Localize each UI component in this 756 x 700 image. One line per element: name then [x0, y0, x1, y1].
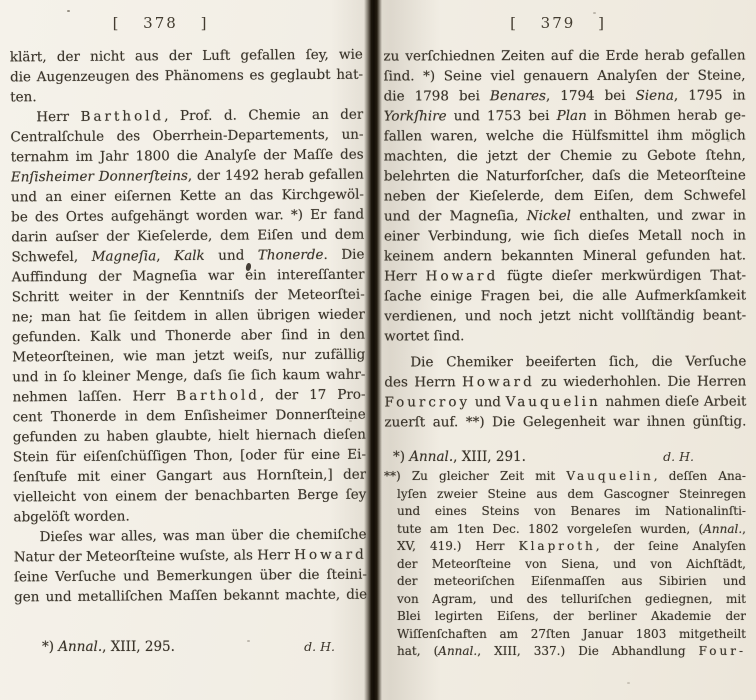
text-segment: ternahm im Jahr 1800 die Analyſe der Maſ… [11, 147, 364, 166]
text-segment: Annal. [438, 644, 477, 658]
text-segment: ſind. *) Seine viel genauern Analyſen de… [384, 68, 746, 85]
text-segment: zu wiederhohlen. Die Herren [535, 374, 747, 391]
text-line: neben der Kieſelerde, dem Eiſen, dem Sch… [384, 186, 746, 207]
text-segment: machten, die jetzt der Chemie zu Gebote … [384, 148, 746, 165]
text-line: ſeine Verſuche und Bemerkungen über die … [14, 565, 367, 588]
text-line: von Agram, und des telluriſchen gediegne… [384, 591, 746, 609]
text-line: ſache einige Fragen bei, die alle Aufmer… [384, 286, 746, 307]
text-segment: darin auſser der Kieſelerde, dem Eiſen u… [11, 227, 364, 246]
text-segment: Kalk [174, 248, 205, 264]
footnote-annal-295: *) Annal., XIII, 295. [42, 637, 175, 657]
text-line: und an einer eiſernen Kette an das Kirch… [11, 185, 364, 208]
text-segment: des Herrn [384, 374, 462, 390]
text-segment: zuerſt auf. **) Die Gelegenheit war ihne… [384, 414, 746, 431]
text-segment: und an einer eiſernen Kette an das Kirch… [11, 187, 364, 206]
text-segment: **) Zu gleicher Zeit mit [384, 469, 566, 483]
text-segment: Annal. [703, 522, 742, 536]
text-segment: hat, ( [397, 644, 438, 658]
text-segment: Annal. [409, 449, 453, 465]
text-segment: , 1795 in [674, 88, 746, 104]
text-line: Die Chemiker beeiferten ſich, die Verſuc… [384, 352, 746, 373]
page-378-footnote-row: *) Annal., XIII, 295. d. H. [12, 637, 365, 657]
text-segment: die 1798 bei [384, 88, 490, 104]
text-segment: *) [393, 449, 409, 465]
text-segment: Barthold [80, 108, 164, 125]
text-segment: fallen waren, welche die Hülfsmittel ihm… [384, 128, 746, 145]
text-segment: Howard [462, 374, 535, 390]
text-line: darin auſser der Kieſelerde, dem Eiſen u… [11, 225, 364, 248]
text-segment: ſache einige Fragen bei, die alle Aufmer… [384, 288, 746, 305]
text-line: cent Thonerde in dem Enſisheimer Donnerſ… [13, 405, 366, 428]
text-line: klärt, der nicht aus der Luft gefallen ſ… [10, 45, 363, 68]
text-segment: enthalten, und zwar in [571, 208, 746, 224]
text-segment: nahmen dieſe Arbeit [601, 394, 747, 410]
page-number-378: [ 378 ] [0, 12, 365, 34]
text-line: ſenſtufe mit einer Gangart aus Hornſtein… [13, 465, 366, 488]
text-segment: und 1753 bei [447, 108, 557, 124]
text-segment: neben der Kieſelerde, dem Eiſen, dem Sch… [384, 188, 746, 205]
text-segment: Die Chemiker beeiferten ſich, die Verſuc… [410, 354, 746, 371]
text-line: gen und metalliſchen Maſſen bekannt mach… [14, 585, 367, 608]
text-segment: , der 17 Pro- [260, 387, 366, 404]
text-line: Meteorſteinen, wie man jetzt weiſs, nur … [12, 345, 365, 368]
text-segment: , 1794 bei [546, 88, 636, 104]
text-segment: Nickel [527, 208, 571, 224]
text-segment: , der ſeine Analyſen [596, 539, 746, 553]
text-line: und eines Steins von Benares im National… [384, 503, 746, 521]
text-segment: ſeine Verſuche und Bemerkungen über die … [14, 567, 367, 586]
author-initials: d. H. [304, 638, 335, 656]
text-segment: vielleicht von einem der benachbarten Be… [13, 487, 366, 506]
scanned-book-spread: [ 378 ] klärt, der nicht aus der Luft ge… [0, 0, 756, 700]
text-segment: *) [42, 639, 58, 655]
text-segment: zu verſchiednen Zeiten auf die Erde hera… [384, 48, 746, 65]
text-segment: Howard [294, 547, 367, 564]
text-line: be des Ortes aufgehängt worden war. *) E… [11, 205, 364, 228]
text-line: zu verſchiednen Zeiten auf die Erde hera… [383, 46, 745, 67]
text-segment: die Augenzeugen des Phänomens es geglaub… [10, 67, 363, 86]
text-line: Natur der Meteorſteine wuſste, als Herr … [14, 545, 367, 568]
text-segment: einer Verbindung, wie ſich dieſes Metall… [384, 228, 746, 245]
text-line: die Augenzeugen des Phänomens es geglaub… [10, 65, 363, 88]
text-segment: Enſisheimer Donnerſteins [11, 168, 188, 185]
text-segment: belehrten die Naturforſcher, daſs die Me… [384, 168, 746, 185]
text-segment: Benares [490, 88, 546, 104]
footnote-annal-291: *) Annal., XIII, 291. [393, 447, 526, 467]
text-line: und der Magneſia, Nickel enthalten, und … [384, 206, 746, 227]
text-segment: Centralſchule des Oberrhein-Departements… [10, 127, 363, 146]
text-line: verdienen, und noch jetzt nicht vollſtän… [384, 306, 746, 327]
text-line: Herr Howard fügte dieſer merkwürdigen Th… [384, 266, 746, 287]
text-segment: Wiſſenſchaften am 27ſten Januar 1803 mit… [397, 627, 746, 641]
text-line: belehrten die Naturforſcher, daſs die Me… [384, 166, 746, 187]
text-segment: , XIII, 295. [102, 639, 175, 655]
text-segment: , [156, 248, 174, 264]
text-line: ternahm im Jahr 1800 die Analyſe der Maſ… [11, 145, 364, 168]
text-line: Dieſes war alles, was man über die chemi… [14, 525, 367, 548]
text-line: vielleicht von einem der benachbarten Be… [13, 485, 366, 508]
text-segment: . Die [323, 247, 364, 263]
text-segment: abgelöſt worden. [13, 508, 129, 525]
text-segment: Blei legirten Eiſens, der berliner Akade… [397, 609, 746, 623]
text-segment: Herr [36, 109, 80, 125]
text-segment: gefunden zu haben glaubte, hielt hiernac… [13, 427, 366, 446]
text-segment: Vauquelin [506, 394, 601, 410]
footnote-vauquelin-klaproth: **) Zu gleicher Zeit mit Vauquelin, deſſ… [384, 468, 746, 661]
text-segment: und [205, 247, 258, 263]
text-segment: ne; man hat ſie ſeitdem in allen übrigen… [12, 307, 365, 326]
text-segment: Magneſia [92, 248, 157, 265]
page-378-text-body: klärt, der nicht aus der Luft gefallen ſ… [10, 45, 367, 608]
text-segment: Auffindung der Magneſia war ein intereſſ… [12, 267, 365, 286]
page-379: [ 379 ] zu verſchiednen Zeiten auf die E… [384, 0, 746, 661]
text-segment: Klaproth [519, 539, 596, 553]
text-segment: der Meteorſteine von Siena, und von Aich… [397, 557, 746, 571]
text-segment: tute am 1ten Dec. 1802 vorgeleſen wurden… [397, 522, 703, 536]
text-line: der meteoriſchen Eiſenmaſſen aus Sibirie… [384, 573, 746, 591]
text-segment: und eines Steins von Benares im National… [397, 504, 746, 518]
text-segment: nehmen laſſen. Herr [12, 388, 176, 405]
text-segment: , Prof. d. Chemie an der [164, 107, 363, 125]
text-line: Fourcroy und Vauquelin nahmen dieſe Arbe… [384, 392, 746, 413]
text-segment: , XIII, 291. [453, 449, 526, 465]
text-line: einer Verbindung, wie ſich dieſes Metall… [384, 226, 746, 247]
text-segment: Dieſes war alles, was man über die chemi… [40, 527, 367, 546]
text-line: *) Annal., XIII, 291. [393, 447, 526, 467]
page-number-379: [ 379 ] [370, 12, 746, 34]
text-segment: verdienen, und noch jetzt nicht vollſtän… [384, 308, 746, 325]
text-line: Auffindung der Magneſia war ein intereſſ… [12, 265, 365, 288]
text-segment: der meteoriſchen Eiſenmaſſen aus Sibirie… [397, 574, 746, 588]
text-line: abgelöſt worden. [13, 505, 366, 528]
text-segment: und [470, 394, 506, 410]
text-segment: Schritt weiter in der Kenntniſs der Mete… [12, 287, 365, 306]
text-line: Centralſchule des Oberrhein-Departements… [10, 125, 363, 148]
text-line: der Meteorſteine von Siena, und von Aich… [384, 556, 746, 574]
text-segment: ſenſtufe mit einer Gangart aus Hornſtein… [13, 467, 366, 486]
text-segment: Yorkſhire [384, 108, 447, 124]
text-line: machten, die jetzt der Chemie zu Gebote … [384, 146, 746, 167]
text-line: XV, 419.) Herr Klaproth, der ſeine Analy… [384, 538, 746, 556]
text-segment: , der 1492 herab gefallen [188, 167, 364, 184]
text-segment: Annal. [58, 639, 102, 655]
text-line: ten. [10, 85, 363, 108]
text-segment: Howard [426, 268, 499, 284]
author-initials: d. H. [663, 448, 694, 466]
text-segment: , [742, 522, 746, 536]
text-line: lyſen zweier Steine aus dem Gascogner St… [384, 486, 746, 504]
text-segment: und in ſo kleiner Menge, daſs ſie ſich k… [12, 367, 365, 386]
text-line: nehmen laſſen. Herr Barthold, der 17 Pro… [12, 385, 365, 408]
text-segment: wortet ſind. [384, 328, 464, 344]
text-line: und in ſo kleiner Menge, daſs ſie ſich k… [12, 365, 365, 388]
text-line: die 1798 bei Benares, 1794 bei Siena, 17… [384, 86, 746, 107]
text-segment: , deſſen Ana- [654, 469, 746, 483]
text-segment: Four- [699, 644, 746, 658]
text-segment: Thonerde [258, 247, 324, 264]
text-segment: gen und metalliſchen Maſſen bekannt mach… [14, 587, 367, 606]
text-segment: gefunden. Kalk und Thonerde aber ſind in… [12, 327, 365, 346]
text-line: ſind. *) Seine viel genauern Analyſen de… [384, 66, 746, 87]
text-segment: Fourcroy [384, 394, 470, 410]
text-line: des Herrn Howard zu wiederhohlen. Die He… [384, 372, 746, 393]
text-line: wortet ſind. [384, 326, 746, 347]
text-line: Herr Barthold, Prof. d. Chemie an der [10, 105, 363, 128]
text-segment: in Böhmen herab ge- [587, 108, 746, 124]
text-segment: Vauquelin [566, 469, 653, 483]
text-line: hat, (Annal., XIII, 337.) Die Abhandlung… [384, 643, 746, 661]
text-line: ne; man hat ſie ſeitdem in allen übrigen… [12, 305, 365, 328]
text-segment: keinem andern bekannten Mineral gefunden… [384, 248, 746, 265]
text-line: fallen waren, welche die Hülfsmittel ihm… [384, 126, 746, 147]
text-segment: klärt, der nicht aus der Luft gefallen ſ… [10, 47, 363, 66]
text-segment: Meteorſteinen, wie man jetzt weiſs, nur … [12, 347, 365, 366]
text-segment: Stein für eiſenſchüſſigen Thon, [oder fü… [13, 447, 366, 466]
text-line: Blei legirten Eiſens, der berliner Akade… [384, 608, 746, 626]
text-segment: ten. [10, 89, 37, 105]
text-segment: Schwefel, [11, 249, 91, 266]
text-line: **) Zu gleicher Zeit mit Vauquelin, deſſ… [384, 468, 746, 486]
text-line: *) Annal., XIII, 295. [42, 637, 175, 657]
text-line: Schwefel, Magneſia, Kalk und Thonerde. D… [11, 245, 364, 268]
text-segment: cent Thonerde in dem Enſisheimer Donnerſ… [13, 407, 366, 426]
text-line: gefunden. Kalk und Thonerde aber ſind in… [12, 325, 365, 348]
text-segment: und der Magneſia, [384, 208, 527, 224]
text-line: gefunden zu haben glaubte, hielt hiernac… [13, 425, 366, 448]
text-segment: Barthold [176, 387, 260, 404]
page-379-text-body: zu verſchiednen Zeiten auf die Erde hera… [383, 46, 746, 433]
text-line: Enſisheimer Donnerſteins, der 1492 herab… [11, 165, 364, 188]
text-segment: fügte dieſer merkwürdigen That- [498, 268, 746, 285]
text-line: zuerſt auf. **) Die Gelegenheit war ihne… [384, 412, 746, 433]
text-line: Yorkſhire und 1753 bei Plan in Böhmen he… [384, 106, 746, 127]
text-line: Wiſſenſchaften am 27ſten Januar 1803 mit… [384, 626, 746, 644]
text-line: tute am 1ten Dec. 1802 vorgeleſen wurden… [384, 521, 746, 539]
text-line: keinem andern bekannten Mineral gefunden… [384, 246, 746, 267]
text-segment: be des Ortes aufgehängt worden war. *) E… [11, 207, 364, 226]
text-segment: von Agram, und des telluriſchen gediegne… [397, 592, 746, 606]
text-segment: lyſen zweier Steine aus dem Gascogner St… [397, 487, 746, 501]
page-379-footnote-row: *) Annal., XIII, 291. d. H. [384, 447, 746, 467]
text-line: Stein für eiſenſchüſſigen Thon, [oder fü… [13, 445, 366, 468]
text-segment: , XIII, 337.) Die Abhandlung [477, 644, 698, 658]
text-line: Schritt weiter in der Kenntniſs der Mete… [12, 285, 365, 308]
text-segment: Siena [636, 88, 674, 104]
text-segment: Natur der Meteorſteine wuſste, als Herr [14, 547, 295, 565]
text-segment: Plan [557, 108, 587, 124]
page-378: [ 378 ] klärt, der nicht aus der Luft ge… [12, 0, 365, 657]
text-segment: XV, 419.) Herr [397, 539, 519, 553]
text-segment: Herr [384, 268, 426, 284]
